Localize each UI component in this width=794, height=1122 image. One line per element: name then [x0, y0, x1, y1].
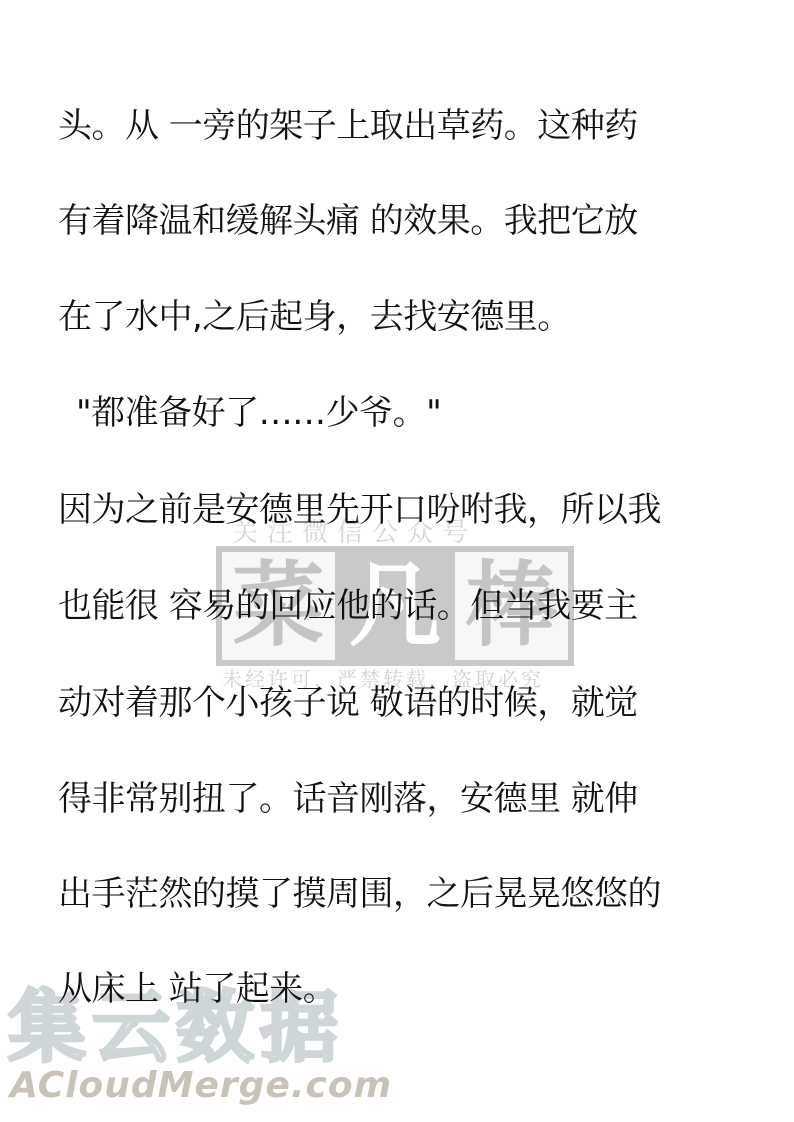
- text-line-7: 动对着那个小孩子说 敬语的时候，就觉: [58, 683, 638, 723]
- document-page: 关注微信公众号 菜 凡 棒 未经许可，严禁转载，盗取必究 集云数据 ACloud…: [0, 0, 794, 1122]
- logo-en-text: ACloudMerge.com: [10, 1065, 392, 1107]
- text-line-9: 出手茫然的摸了摸周围，之后晃晃悠悠的: [58, 874, 661, 914]
- text-line-8: 得非常别扭了。话音刚落，安德里 就伸: [58, 779, 638, 819]
- text-line-3: 在了水中,之后起身，去找安德里。: [58, 297, 571, 337]
- text-line-6: 也能很 容易的回应他的话。但当我要主: [58, 586, 638, 626]
- text-line-4-dialogue: "都准备好了……少爷。": [76, 393, 441, 433]
- text-line-1: 头。从 一旁的架子上取出草药。这种药: [58, 106, 638, 146]
- text-line-5: 因为之前是安德里先开口吩咐我，所以我: [58, 490, 661, 530]
- text-line-2: 有着降温和缓解头痛 的效果。我把它放: [58, 201, 638, 241]
- text-line-10: 从床上 站了起来。: [58, 969, 336, 1009]
- center-watermark: 关注微信公众号 菜 凡 棒 未经许可，严禁转载，盗取必究: [0, 0, 794, 1122]
